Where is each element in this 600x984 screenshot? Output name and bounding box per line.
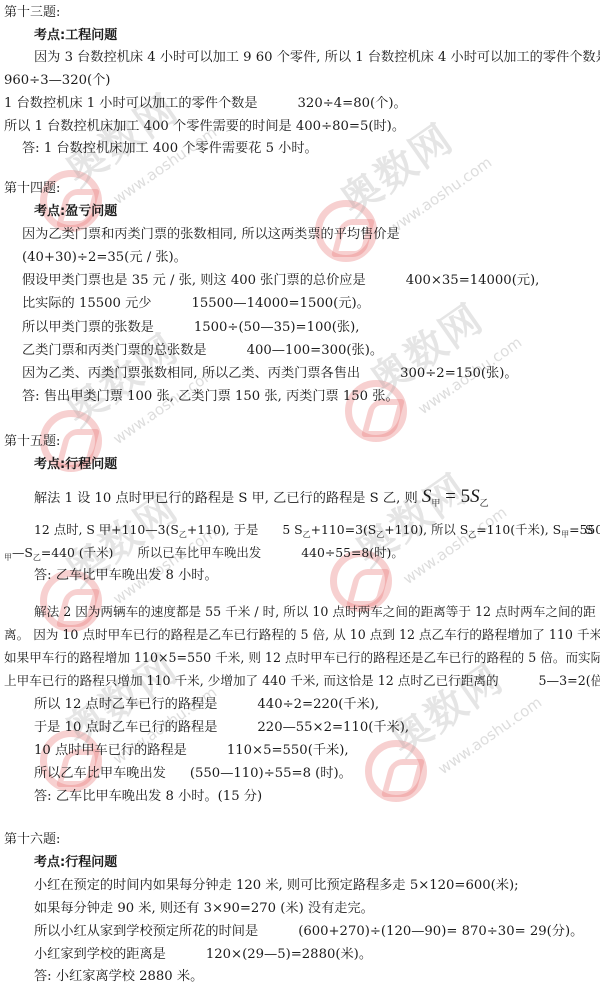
question-title: 第十三题: — [4, 4, 60, 22]
text: 所以小红从家到学校预定所花的时间是 — [34, 924, 258, 939]
knowledge-point: 考点:行程问题 — [34, 456, 117, 474]
symbol: S — [470, 486, 480, 507]
solution-line: 小红家到学校的距离是120×(29—5)=2880(米)。 — [34, 946, 372, 964]
formula: 400×35=14000(元), — [406, 273, 540, 288]
text: —S — [12, 545, 33, 560]
method-2-line: 上甲车已行的路程只增加 110 千米, 少增加了 440 千米, 而这恰是 12… — [4, 672, 600, 690]
kp-topic: 行程问题 — [65, 855, 117, 870]
text: 5 S — [282, 522, 302, 537]
knowledge-point: 考点:盈亏问题 — [34, 203, 117, 221]
solution-line: 因为乙类、丙类门票张数相同, 所以乙类、丙类门票各售出300÷2=150(张)。 — [22, 365, 518, 383]
formula: 110×5=550(千米), — [227, 743, 349, 758]
answer-line: 答: 1 台数控机床加工 400 个零件需要花 5 小时。 — [22, 140, 318, 158]
solution-line: 甲—S乙=440 (千米)所以已车比甲车晚出发440÷55=8(时)。 — [4, 544, 404, 567]
formula: 5—3=2(倍)。 — [539, 673, 600, 688]
subscript: 乙 — [303, 530, 311, 539]
text: 小红家到学校的距离是 — [34, 947, 166, 962]
formula: 220—55×2=110(千米), — [257, 720, 409, 735]
solution-line: 12 点时, S 甲+110—3(S乙+110), 于是5 S乙+110=3(S… — [34, 521, 600, 544]
answer-line: 答: 乙车比甲车晚出发 8 小时。(15 分) — [34, 788, 262, 806]
subscript: 乙 — [179, 530, 187, 539]
kp-topic: 盈亏问题 — [65, 204, 117, 219]
kp-topic: 工程问题 — [65, 28, 117, 43]
subscript: 甲 — [561, 530, 569, 539]
solution-line: 960÷3—320(个) — [4, 72, 110, 90]
solution-line: 所以小红从家到学校预定所花的时间是(600+270)÷(120—90)= 870… — [34, 923, 583, 941]
text: 比实际的 15500 元少 — [22, 296, 151, 311]
text: +110), 所以 S — [384, 522, 468, 537]
knowledge-point: 考点:工程问题 — [34, 27, 117, 45]
text: 所以 12 点时乙车已行的路程是 — [34, 697, 217, 712]
solution-line: 因为乙类门票和丙类门票的张数相同, 所以这两类票的平均售价是 — [22, 226, 400, 244]
text: 解法 1 设 10 点时甲已行的路程是 S 甲, 乙已行的路程是 S 乙, 则 — [34, 491, 418, 506]
document-body: 第十三题: 考点:工程问题 因为 3 台数控机床 4 小时可以加工 9 60 个… — [0, 0, 600, 984]
text: 1 台数控机床 1 小时可以加工的零件个数是 — [4, 96, 258, 111]
text: +110=3(S — [311, 522, 377, 537]
kp-label: 考点: — [34, 855, 65, 870]
text: 假设甲类门票也是 35 元 / 张, 则这 400 张门票的总价应是 — [22, 273, 366, 288]
formula: 440÷55=8(时)。 — [301, 545, 404, 560]
solution-line: 假设甲类门票也是 35 元 / 张, 则这 400 张门票的总价应是400×35… — [22, 272, 539, 290]
knowledge-point: 考点:行程问题 — [34, 854, 117, 872]
method-2-line: 10 点时甲车已行的路程是110×5=550(千米), — [34, 742, 349, 760]
solution-line: 小红在预定的时间内如果每分钟走 120 米, 则可比预定路程多走 5×120=6… — [34, 877, 519, 895]
text: +110), 于是 — [187, 522, 259, 537]
method-2-line: 离。 因为 10 点时甲车已行的路程是乙车已行路程的 5 倍, 从 10 点到 … — [4, 626, 600, 644]
method-2-line: 所以 12 点时乙车已行的路程是440÷2=220(千米), — [34, 696, 379, 714]
formula: 320÷4=80(个)。 — [298, 96, 407, 111]
subscript: 乙 — [33, 553, 41, 562]
text: 所以乙车比甲车晚出发 — [34, 766, 166, 781]
formula: 440÷2=220(千米), — [257, 697, 379, 712]
formula: (550—110)÷55=8 (时)。 — [190, 766, 352, 781]
question-title: 第十五题: — [4, 433, 60, 451]
formula: 1500÷(50—35)=100(张), — [194, 320, 360, 335]
subscript: 甲 — [4, 553, 12, 562]
kp-label: 考点: — [34, 457, 65, 472]
formula: 300÷2=150(张)。 — [400, 366, 518, 381]
text: 10 点时甲车已行的路程是 — [34, 743, 187, 758]
text: 所以已车比甲车晚出发 — [137, 545, 261, 560]
answer-line: 答: 小红家离学校 2880 米。 — [34, 968, 203, 984]
formula: (600+270)÷(120—90)= 870÷30= 29(分)。 — [298, 924, 583, 939]
method-2-line: 于是 10 点时乙车已行的路程是220—55×2=110(千米), — [34, 719, 409, 737]
symbol: S — [422, 486, 432, 507]
solution-line: 1 台数控机床 1 小时可以加工的零件个数是320÷4=80(个)。 — [4, 95, 407, 113]
text: 12 点时, S 甲+110—3(S — [34, 522, 179, 537]
solution-line: 所以甲类门票的张数是1500÷(50—35)=100(张), — [22, 319, 359, 337]
text: =440 (千米) — [41, 545, 113, 560]
text: 于是 10 点时乙车已行的路程是 — [34, 720, 217, 735]
method-2-line: 所以乙车比甲车晚出发(550—110)÷55=8 (时)。 — [34, 765, 352, 783]
text: 上甲车已行的路程只增加 110 千米, 少增加了 440 千米, 而这恰是 12… — [4, 673, 499, 688]
question-title: 第十四题: — [4, 180, 60, 198]
method-2-line: 解法 2 因为两辆车的速度都是 55 千米 / 时, 所以 10 点时两车之间的… — [34, 603, 596, 621]
formula-s-jia-eq-5-s-yi: S甲 = 5S乙 — [422, 486, 489, 507]
solution-line: 如果每分钟走 90 米, 则还有 3×90=270 (米) 没有走完。 — [34, 900, 374, 918]
solution-line: 因为 3 台数控机床 4 小时可以加工 9 60 个零件, 所以 1 台数控机床… — [34, 49, 600, 67]
method-1-intro: 解法 1 设 10 点时甲已行的路程是 S 甲, 乙已行的路程是 S 乙, 则 … — [34, 488, 489, 512]
text: 所以甲类门票的张数是 — [22, 320, 154, 335]
kp-label: 考点: — [34, 204, 65, 219]
text: =110(千米), S — [476, 522, 561, 537]
solution-line-tail: S — [585, 521, 594, 539]
kp-topic: 行程问题 — [65, 457, 117, 472]
answer-line: 答: 售出甲类门票 100 张, 乙类门票 150 张, 丙类门票 150 张。 — [22, 388, 399, 406]
subscript: 乙 — [480, 498, 489, 508]
formula: 400—100=300(张)。 — [247, 343, 383, 358]
question-title: 第十六题: — [4, 831, 60, 849]
solution-line: 所以 1 台数控机床加工 400 个零件需要的时间是 400÷80=5(时)。 — [4, 118, 405, 136]
solution-line: 比实际的 15500 元少15500—14000=1500(元)。 — [22, 295, 370, 313]
answer-line: 答: 乙车比甲车晚出发 8 小时。 — [34, 567, 218, 585]
formula: 15500—14000=1500(元)。 — [191, 296, 369, 311]
method-2-line: 如果甲车行的路程增加 110×5=550 千米, 则 12 点时甲车已行的路程还… — [4, 649, 600, 667]
formula: 120×(29—5)=2880(米)。 — [206, 947, 372, 962]
solution-line: (40+30)÷2=35(元 / 张)。 — [22, 249, 187, 267]
kp-label: 考点: — [34, 28, 65, 43]
text: 乙类门票和丙类门票的总张数是 — [22, 343, 207, 358]
equals: = 5 — [440, 486, 470, 507]
text: 因为乙类、丙类门票张数相同, 所以乙类、丙类门票各售出 — [22, 366, 360, 381]
solution-line: 乙类门票和丙类门票的总张数是400—100=300(张)。 — [22, 342, 383, 360]
